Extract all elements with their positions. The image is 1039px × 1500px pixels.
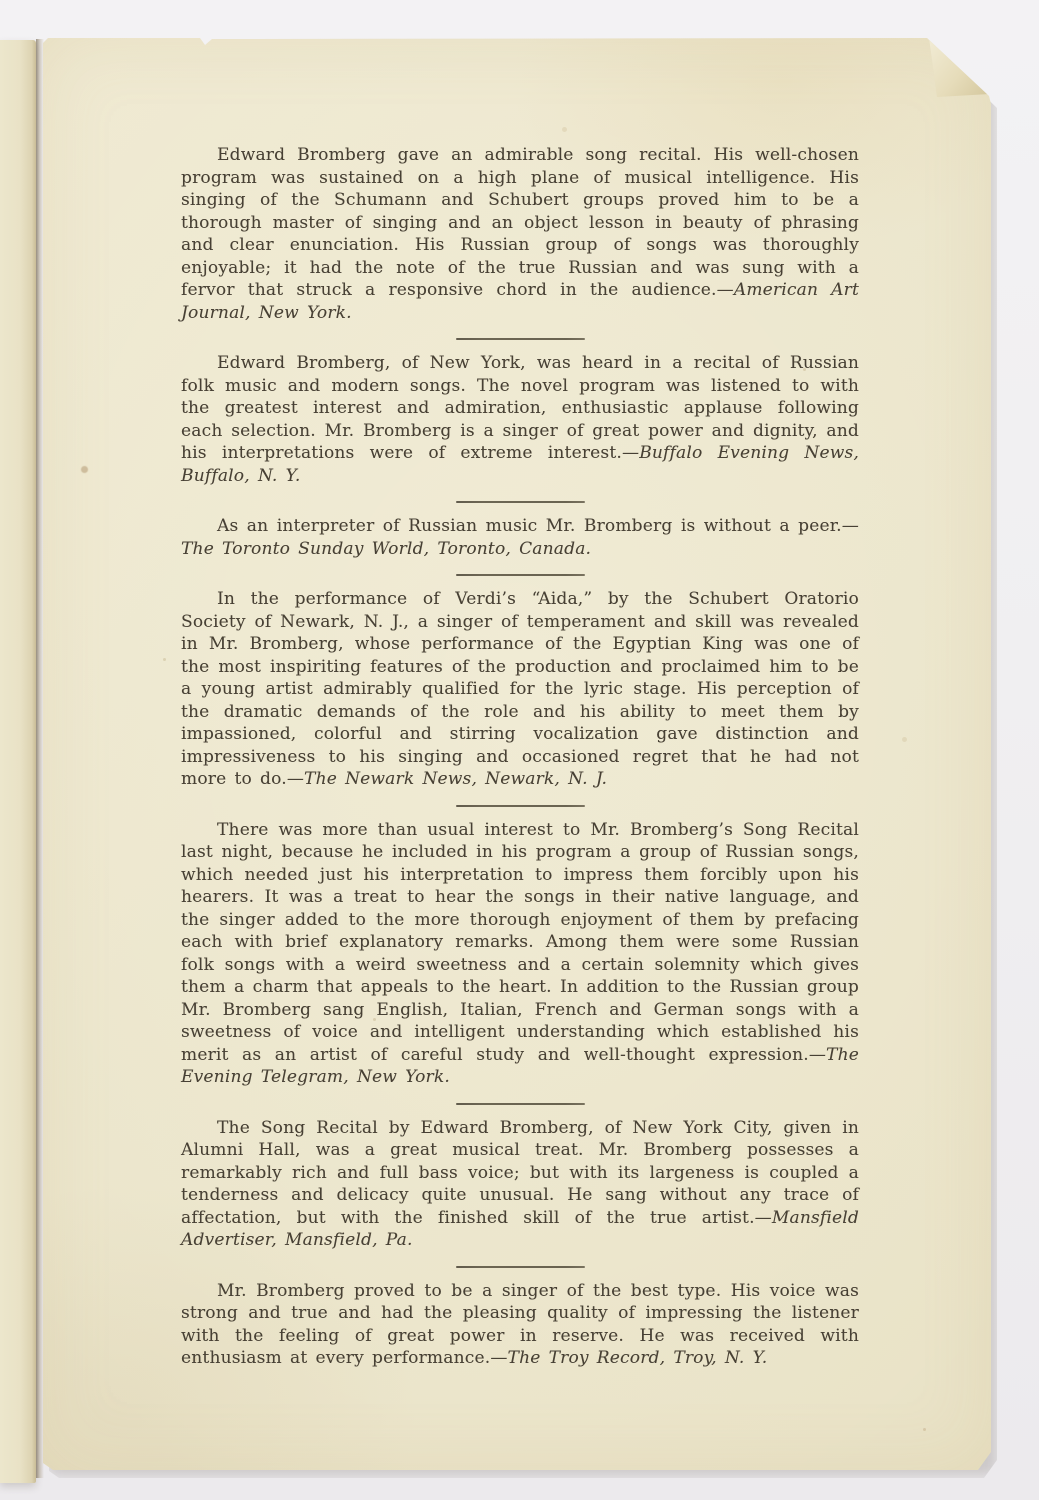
testimonial-text: As an interpreter of Russian music Mr. B… (217, 516, 842, 536)
testimonial-attribution: —The Troy Record, Troy, N. Y. (490, 1348, 767, 1368)
testimonial-text: In the performance of Verdi’s “Aida,” by… (181, 589, 859, 789)
section-divider (456, 338, 585, 340)
testimonial-paragraph: As an interpreter of Russian music Mr. B… (181, 515, 859, 560)
testimonial-text: Edward Bromberg gave an admirable song r… (181, 145, 859, 300)
testimonial-paragraph: The Song Recital by Edward Bromberg, of … (181, 1117, 859, 1252)
testimonial-paragraph: Edward Bromberg gave an admirable song r… (181, 144, 859, 324)
testimonials-text-block: Edward Bromberg gave an admirable song r… (181, 144, 859, 1370)
section-divider (456, 574, 585, 576)
testimonial-attribution: —The Newark News, Newark, N. J. (287, 769, 607, 789)
testimonial-paragraph: Mr. Bromberg proved to be a singer of th… (181, 1280, 859, 1370)
adjacent-page-edge (0, 40, 36, 1483)
testimonial-paragraph: In the performance of Verdi’s “Aida,” by… (181, 588, 859, 791)
section-divider (456, 1103, 585, 1105)
testimonial-paragraph: There was more than usual interest to Mr… (181, 819, 859, 1089)
binding-crease (36, 39, 44, 1478)
section-divider (456, 501, 585, 503)
dog-ear-fold (926, 38, 990, 98)
document-page: Edward Bromberg gave an admirable song r… (43, 38, 991, 1470)
testimonial-paragraph: Edward Bromberg, of New York, was heard … (181, 352, 859, 487)
section-divider (456, 1266, 585, 1268)
testimonial-text: There was more than usual interest to Mr… (181, 820, 859, 1065)
scan-surface: { "colors": { "paper": "#ebe5cb", "scan_… (0, 0, 1039, 1500)
section-divider (456, 805, 585, 807)
